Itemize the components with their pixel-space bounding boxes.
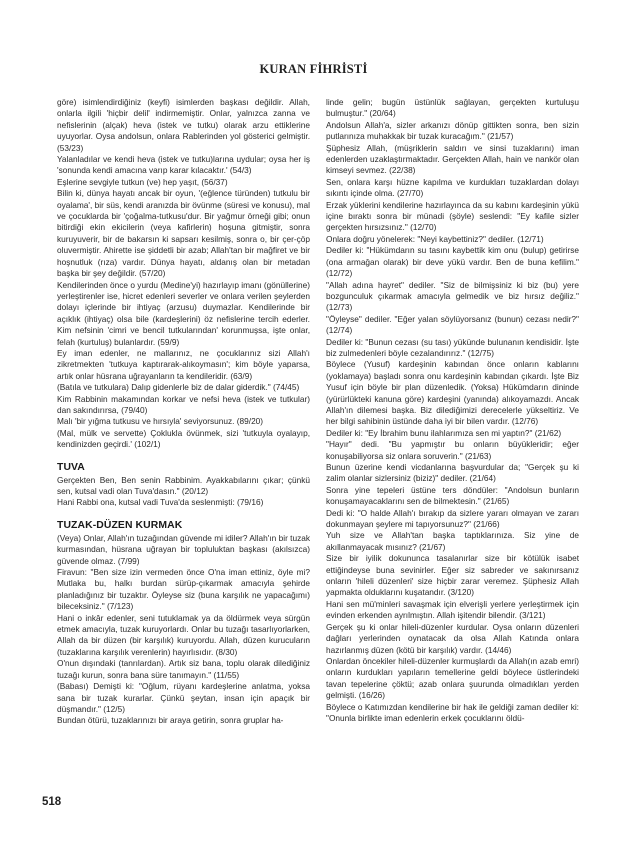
entry: Dediler ki: "Bunun cezası (su tası) yükü… bbox=[326, 337, 579, 360]
entry: Hani Rabbi ona, kutsal vadi Tuva'da sesl… bbox=[57, 497, 310, 508]
entry: Onlara doğru yönelerek: "Neyi kaybettini… bbox=[326, 234, 579, 245]
entry: Dediler ki: "Hükümdarın su tasını kaybet… bbox=[326, 245, 579, 279]
entry: (Veya) Onlar, Allah'ın tuzağından güvend… bbox=[57, 533, 310, 567]
entry: Bilin ki, dünya hayatı ancak bir oyun, '… bbox=[57, 188, 310, 279]
page-number: 518 bbox=[42, 796, 61, 808]
entry: Onlardan öncekiler hileli-düzenler kurmu… bbox=[326, 656, 579, 702]
entry: "Allah adına hayret" dediler. "Siz de bi… bbox=[326, 280, 579, 314]
entry: Hani o inkâr edenler, seni tutuklamak ya… bbox=[57, 613, 310, 659]
entry: göre) isimlendirdiğiniz (keyfi) isimlerd… bbox=[57, 97, 310, 154]
entry: Sonra yine tepeleri üstüne ters döndüler… bbox=[326, 485, 579, 508]
entry: Bunun üzerine kendi vicdanlarına başvurd… bbox=[326, 462, 579, 485]
entry: "Hayır" dedi. "Bu yapmıştır bu onların b… bbox=[326, 439, 579, 462]
entry: Dedi ki: "O halde Allah'ı bırakıp da siz… bbox=[326, 508, 579, 531]
entry: Ey iman edenler, ne mallarınız, ne çocuk… bbox=[57, 348, 310, 382]
entry: Yalanladılar ve kendi heva (istek ve tut… bbox=[57, 154, 310, 177]
entry: (Babası) Demişti ki: "Oğlum, rüyanı kard… bbox=[57, 681, 310, 715]
entry: Şüphesiz Allah, (müşriklerin saldırı ve … bbox=[326, 143, 579, 177]
entry: Erzak yüklerini kendilerine hazırlayınca… bbox=[326, 200, 579, 234]
entry: Eşlerine sevgiyle tutkun (ve) hep yaşıt,… bbox=[57, 177, 310, 188]
section-heading-tuzak-duzen-kurmak: TUZAK-DÜZEN KURMAK bbox=[57, 519, 310, 532]
entry: Hani sen mü'minleri savaşmak için elveri… bbox=[326, 599, 579, 622]
two-column-body: göre) isimlendirdiğiniz (keyfi) isimlerd… bbox=[57, 97, 579, 727]
page-title: KURAN FİHRİSTİ bbox=[0, 62, 627, 77]
entry: Gerçek şu ki onlar hileli-düzenler kurdu… bbox=[326, 622, 579, 656]
entry: O'nun dışındaki (tanrılardan). Artık siz… bbox=[57, 658, 310, 681]
entry: Gerçekten Ben, Ben senin Rabbinim. Ayakk… bbox=[57, 475, 310, 498]
entry: Size bir iyilik dokununca tasalanırlar s… bbox=[326, 553, 579, 599]
entry: Firavun: "Ben size izin vermeden önce O'… bbox=[57, 567, 310, 613]
entry: Kim Rabbinin makamından korkar ve nefsi … bbox=[57, 394, 310, 417]
entry: "Öyleyse" dediler. "Eğer yalan söylüyors… bbox=[326, 314, 579, 337]
entry: (Batıla ve tutkulara) Dalıp gidenlerle b… bbox=[57, 382, 310, 393]
entry: Sen, onlara karşı hüzne kapılma ve kurdu… bbox=[326, 177, 579, 200]
entry: Dediler ki: "Ey İbrahim bunu ilahlarımız… bbox=[326, 428, 579, 439]
entry: Kendilerinden önce o yurdu (Medine'yi) h… bbox=[57, 280, 310, 348]
entry: linde gelin; bugün üstünlük sağlayan, ge… bbox=[326, 97, 579, 120]
entry: Bundan ötürü, tuzaklarınızı bir araya ge… bbox=[57, 715, 310, 726]
entry: Yuh size ve Allah'tan başka taptıklarını… bbox=[326, 530, 579, 553]
entry: Malı 'bir yığma tutkusu ve hırsıyla' sev… bbox=[57, 416, 310, 427]
section-heading-tuva: TUVA bbox=[57, 461, 310, 474]
entry: (Mal, mülk ve servette) Çoklukla övünmek… bbox=[57, 428, 310, 451]
right-column: linde gelin; bugün üstünlük sağlayan, ge… bbox=[326, 97, 579, 727]
left-column: göre) isimlendirdiğiniz (keyfi) isimlerd… bbox=[57, 97, 310, 727]
entry: Böylece o Katımızdan kendilerine bir hak… bbox=[326, 702, 579, 725]
entry: Böylece (Yusuf) kardeşinin kabından önce… bbox=[326, 359, 579, 427]
entry: Andolsun Allah'a, sizler arkanızı dönüp … bbox=[326, 120, 579, 143]
